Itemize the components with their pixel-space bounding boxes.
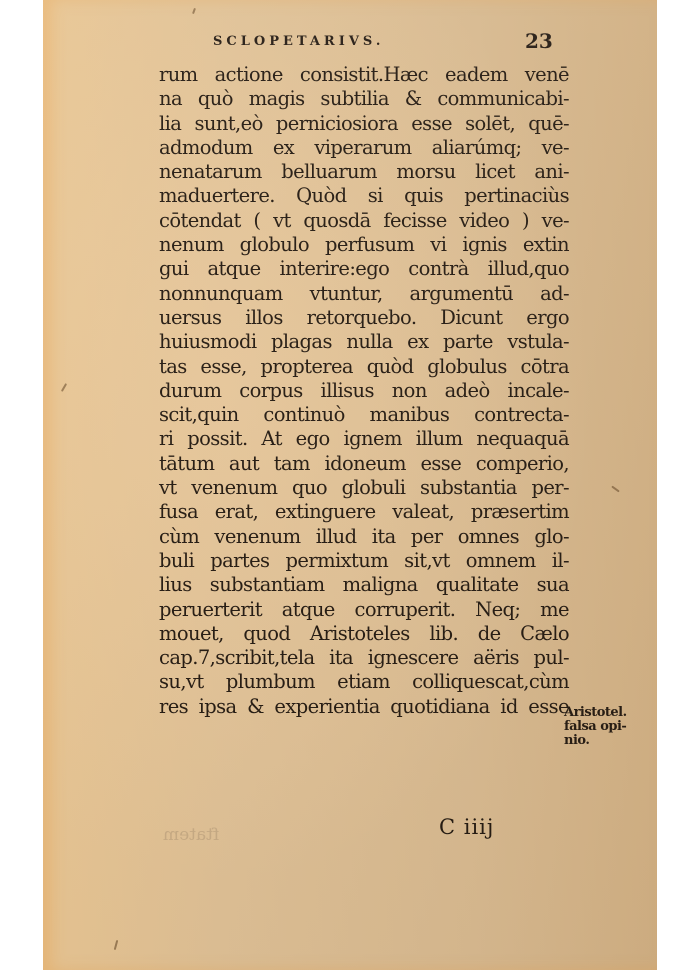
text-line: huiusmodi plagas nulla ex parte vstula-	[159, 330, 569, 354]
text-line: ri possit. At ego ignem illum nequaquā	[159, 427, 569, 451]
text-line: nonnunquam vtuntur, argumentū ad-	[159, 282, 569, 306]
text-line: cùm venenum illud ita per omnes glo-	[159, 525, 569, 549]
marginal-note: Aristotel. falsa opi- nio.	[564, 706, 627, 748]
text-line: su,vt plumbum etiam colliquescat,cùm	[159, 670, 569, 694]
marginal-note-line: nio.	[564, 734, 627, 748]
text-line: lius substantiam maligna qualitate sua	[159, 573, 569, 597]
text-line: admodum ex viperarum aliarúmq; ve-	[159, 136, 569, 160]
text-line: fusa erat, extinguere valeat, præsertim	[159, 500, 569, 524]
paper-speck	[114, 940, 119, 950]
text-line: res ipsa & experientia quotidiana id ess…	[159, 695, 569, 719]
text-line: gui atque interire:ego contrà illud,quo	[159, 257, 569, 281]
text-line: lia sunt,eò perniciosiora esse solēt, qu…	[159, 112, 569, 136]
marginal-note-line: falsa opi-	[564, 720, 627, 734]
text-line: nenum globulo perfusum vi ignis extin	[159, 233, 569, 257]
text-line: vt venenum quo globuli substantia per-	[159, 476, 569, 500]
paper-speck	[61, 383, 67, 392]
text-line: tas esse, propterea quòd globulus cōtra	[159, 355, 569, 379]
paper-speck	[192, 8, 196, 14]
text-line: uersus illos retorquebo. Dicunt ergo	[159, 306, 569, 330]
text-line: mouet, quod Aristoteles lib. de Cælo	[159, 622, 569, 646]
text-line: peruerterit atque corruperit. Neq; me	[159, 598, 569, 622]
text-line: rum actione consistit.Hæc eadem venē	[159, 63, 569, 87]
text-line: durum corpus illisus non adeò incale-	[159, 379, 569, 403]
text-line: na quò magis subtilia & communicabi-	[159, 87, 569, 111]
text-line: cap.7,scribit,tela ita ignescere aëris p…	[159, 646, 569, 670]
text-line: scit,quin continuò manibus contrecta-	[159, 403, 569, 427]
book-page: SCLOPETARIVS. 23 rum actione consistit.H…	[43, 0, 657, 970]
text-line: cōtendat ( vt quosdā fecisse video ) ve-	[159, 209, 569, 233]
text-line: buli partes permixtum sit,vt omnem il-	[159, 549, 569, 573]
text-line: tātum aut tam idoneum esse comperio,	[159, 452, 569, 476]
body-text: rum actione consistit.Hæc eadem venē na …	[159, 63, 569, 719]
marginal-note-line: Aristotel.	[564, 706, 627, 720]
show-through-catchword: ftatem	[163, 825, 219, 845]
text-line: maduertere. Quòd si quis pertinaciùs	[159, 184, 569, 208]
page-number: 23	[525, 29, 553, 53]
text-line: nenatarum belluarum morsu licet ani-	[159, 160, 569, 184]
running-head: SCLOPETARIVS.	[213, 34, 384, 49]
paper-speck	[611, 486, 620, 493]
signature-mark: C iiij	[439, 815, 494, 839]
